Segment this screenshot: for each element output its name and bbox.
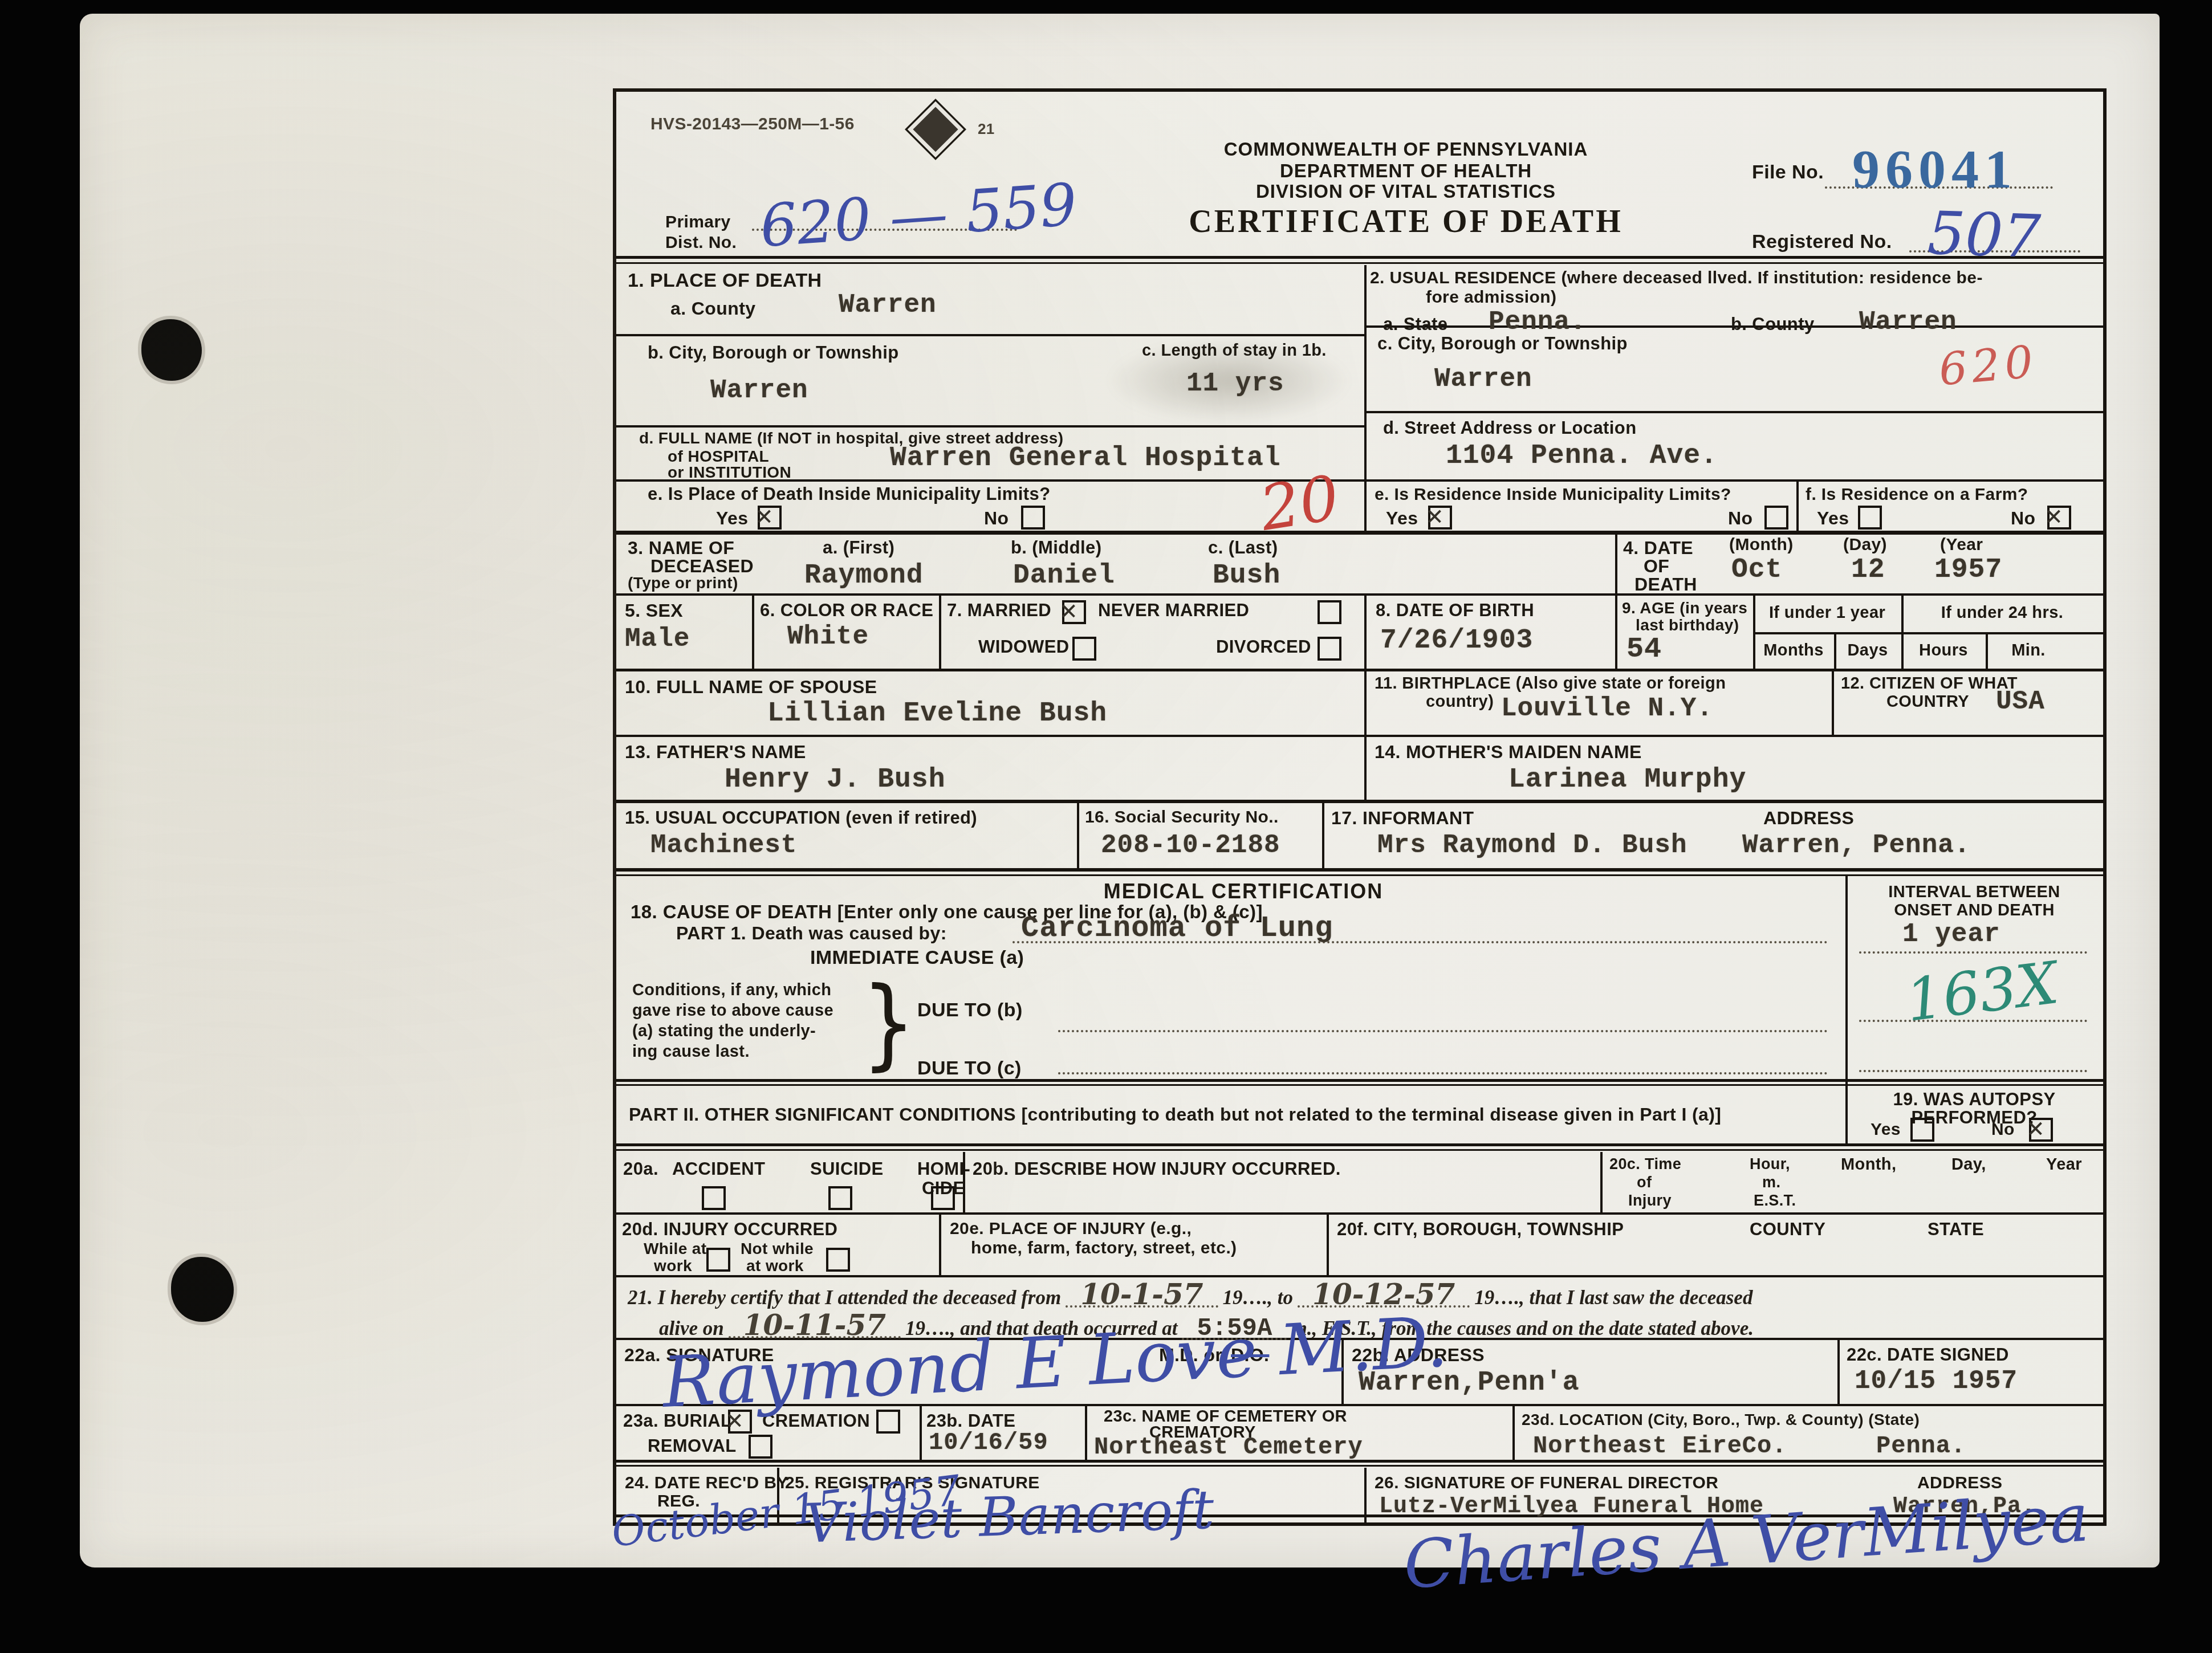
section7-married-label: 7. MARRIED (947, 600, 1051, 621)
section1e-no-label: No (984, 508, 1009, 529)
section18-part1-label: PART 1. Death was caused by: (676, 923, 947, 944)
grid-line (1077, 803, 1079, 868)
grid-line (1832, 671, 1834, 735)
grid-line (616, 531, 2103, 535)
section2e-yes-label: Yes (1386, 508, 1418, 529)
grid-line (1364, 411, 2103, 413)
section23c-value: Northeast Cemetery (1094, 1434, 1363, 1461)
section1e-no-checkbox (1021, 506, 1045, 530)
section1e-label: e. Is Place of Death Inside Municipality… (648, 484, 1051, 504)
section2b-value: Warren (1859, 307, 1957, 337)
section16-label: 16. Social Security No.. (1085, 808, 1279, 827)
grid-line (752, 596, 754, 669)
grid-line (616, 868, 2103, 872)
interval-blank-line-3 (1859, 1070, 2087, 1072)
grid-line (1796, 479, 1799, 531)
registered-no-label: Registered No. (1752, 231, 1892, 253)
section2f-yes-checkbox (1858, 506, 1882, 530)
section11-label-line2: country) (1426, 693, 1494, 711)
section7-never-married-checkbox (1318, 600, 1341, 624)
section10-value: Lillian Eveline Bush (767, 698, 1107, 729)
section2a-value: Penna. (1489, 307, 1587, 337)
section2e-no-label: No (1728, 508, 1752, 529)
grid-line (1837, 1340, 1840, 1404)
section23d-value-2: Penna. (1876, 1432, 1966, 1460)
attended-from-value: 10-1-57 (1080, 1277, 1203, 1311)
grid-line (1753, 632, 2103, 634)
section20d-notwhile-line2: at work (746, 1257, 804, 1275)
certify-statement-line1: 21. I hereby certify that I attended the… (628, 1284, 1752, 1309)
section20c-label-line1: 20c. Time (1609, 1155, 1681, 1173)
red-annotation-20: 20 (1255, 462, 1344, 545)
red-annotation-620: 620 (1937, 336, 2039, 396)
section13-label: 13. FATHER'S NAME (625, 742, 806, 763)
grid-line (616, 1465, 2103, 1467)
section22c-label: 22c. DATE SIGNED (1847, 1345, 2009, 1365)
grid-line (920, 1406, 922, 1460)
due-to-b-blank-line (1058, 1030, 1828, 1032)
grid-line (616, 1084, 2103, 1086)
grid-line (1512, 1406, 1515, 1460)
interval-label-line2: ONSET AND DEATH (1845, 901, 2103, 920)
form-code: HVS-20143—250M—1-56 (650, 115, 855, 134)
grid-line (616, 1212, 2103, 1215)
section20d-while-line2: work (654, 1257, 692, 1275)
section9-label-line1: 9. AGE (in years (1622, 599, 1747, 617)
primary-dist-label-line2: Dist. No. (665, 233, 737, 253)
section2d-label: d. Street Address or Location (1383, 418, 1637, 438)
grid-line (1327, 1215, 1329, 1275)
section23a-removal-checkbox (749, 1435, 772, 1459)
section2e-no-checkbox (1764, 506, 1788, 530)
section20a-number: 20a. (623, 1159, 658, 1179)
certify-text: 19…., to (1223, 1286, 1293, 1309)
section9-value: 54 (1627, 633, 1662, 666)
section12-label-line1: 12. CITIZEN OF WHAT (1841, 674, 2018, 693)
org-line-1: COMMONWEALTH OF PENNSYLVANIA (1186, 139, 1625, 160)
section4-day-label: (Day) (1843, 535, 1887, 555)
interval-value: 1 year (1902, 919, 2000, 949)
grid-line (616, 1143, 2103, 1146)
section20d-notwhile-line1: Not while (741, 1240, 814, 1258)
section20c-month-label: Month, (1841, 1155, 1896, 1174)
section20a-suicide-checkbox (828, 1186, 852, 1210)
section20d-label: 20d. INJURY OCCURRED (622, 1219, 837, 1240)
section20c-label-line2: of (1637, 1174, 1652, 1191)
section2a-label: a. State (1383, 314, 1447, 335)
section7-never-married-label: NEVER MARRIED (1098, 600, 1249, 621)
grid-line (616, 425, 1364, 427)
conditions-brace: } (861, 967, 916, 1081)
interval-label-line1: INTERVAL BETWEEN (1845, 883, 2103, 902)
section19-yes-checkbox (1910, 1118, 1934, 1142)
section7-widowed-label: WIDOWED (978, 637, 1070, 657)
section23a-cremation-checkbox (876, 1410, 900, 1434)
grid-line (1322, 803, 1324, 868)
section5-label: 5. SEX (625, 600, 683, 621)
section17-value: Mrs Raymond D. Bush (1377, 830, 1688, 860)
section16-value: 208-10-2188 (1101, 830, 1280, 860)
grid-line (616, 874, 2103, 876)
file-no-label: File No. (1752, 161, 1824, 184)
section9-label-line2: last birthday) (1636, 616, 1739, 634)
section23d-value-1: Northeast EireCo. (1533, 1432, 1787, 1460)
section9-months-label: Months (1753, 641, 1834, 660)
section19-no-label: No (1991, 1120, 2015, 1139)
grid-line (616, 800, 2103, 803)
section19-label-line1: 19. WAS AUTOPSY (1845, 1089, 2103, 1110)
section9-under24hrs-label: If under 24 hrs. (1901, 604, 2103, 622)
grid-line (1085, 1406, 1087, 1460)
punch-hole-bottom (171, 1257, 234, 1322)
section18-due-to-c-label: DUE TO (c) (917, 1057, 1022, 1080)
section20c-est-label: E.S.T. (1754, 1192, 1796, 1210)
part2-text: PART II. OTHER SIGNIFICANT CONDITIONS [c… (629, 1104, 1721, 1125)
section18-immediate-cause-value: Carcinoma of Lung (1021, 911, 1333, 945)
section20c-m-label: m. (1762, 1174, 1780, 1191)
due-to-c-blank-line (1058, 1072, 1828, 1074)
section15-value: Machinest (650, 830, 797, 860)
section9-min-label: Min. (1986, 641, 2071, 660)
section12-label-line2: COUNTRY (1886, 693, 1969, 711)
section9-hours-label: Hours (1901, 641, 1986, 660)
section1e-yes-checkbox (758, 506, 782, 530)
org-line-2: DEPARTMENT OF HEALTH (1186, 160, 1625, 182)
section20d-notwhile-checkbox (826, 1248, 850, 1272)
grid-line (616, 256, 2103, 259)
death-certificate-form: HVS-20143—250M—1-56 21 Primary Dist. No.… (613, 88, 2107, 1526)
grid-line (1364, 596, 1367, 669)
section23b-value: 10/16/59 (929, 1429, 1048, 1456)
section3c-value: Bush (1213, 560, 1280, 591)
section2f-yes-label: Yes (1817, 508, 1849, 529)
section2f-no-label: No (2011, 508, 2035, 529)
grid-line (1615, 596, 1617, 669)
section4-day-value: 12 (1851, 555, 1885, 585)
section1a-value: Warren (839, 290, 937, 320)
section14-value: Larinea Murphy (1508, 764, 1746, 795)
section10-label: 10. FULL NAME OF SPOUSE (625, 677, 877, 698)
section20c-label-line3: Injury (1628, 1192, 1672, 1210)
section4-heading-line3: DEATH (1634, 574, 1697, 595)
section2f-label: f. Is Residence on a Farm? (1806, 485, 2028, 504)
section1d-label-line3: or INSTITUTION (668, 463, 791, 482)
section20b-label: 20b. DESCRIBE HOW INJURY OCCURRED. (973, 1159, 1341, 1179)
section20c-year-label: Year (2046, 1155, 2082, 1174)
section2f-no-checkbox (2047, 506, 2071, 530)
attended-from-blank: 10-1-57 (1066, 1284, 1218, 1308)
section22c-value: 10/15 1957 (1855, 1366, 2018, 1396)
grid-line (1600, 1152, 1603, 1212)
section2-heading-line2: fore admission) (1426, 288, 1556, 307)
section20a-suicide-label: SUICIDE (810, 1159, 884, 1179)
certify-text: 21. I hereby certify that I attended the… (628, 1286, 1061, 1309)
section26-label: 26. SIGNATURE OF FUNERAL DIRECTOR (1375, 1473, 1718, 1493)
section2d-value: 1104 Penna. Ave. (1446, 441, 1718, 471)
registered-no-handwritten-value: 507 (1926, 198, 2042, 272)
grid-line (939, 596, 941, 669)
section4-year-label: (Year (1940, 535, 1983, 555)
section2c-value: Warren (1434, 364, 1532, 394)
section8-label: 8. DATE OF BIRTH (1376, 600, 1534, 621)
section8-value: 7/26/1903 (1380, 625, 1533, 656)
section17-address-value: Warren, Penna. (1742, 830, 1970, 860)
section14-label: 14. MOTHER'S MAIDEN NAME (1375, 742, 1642, 763)
file-no-stamped-value: 96041 (1852, 137, 2018, 201)
section13-value: Henry J. Bush (725, 764, 945, 795)
union-printing-trades-seal-icon (905, 99, 966, 160)
section20d-while-checkbox (706, 1248, 730, 1272)
grid-line (616, 735, 2103, 737)
section18-conditions-line2: gave rise to above cause (632, 1001, 833, 1020)
green-annotation-163x: 163X (1902, 949, 2062, 1035)
section12-value: USA (1996, 687, 2045, 716)
section18-immediate-cause-label: IMMEDIATE CAUSE (a) (810, 947, 1024, 969)
section4-month-value: Oct (1731, 555, 1782, 585)
grid-line (939, 1215, 941, 1275)
section1d-value: Warren General Hospital (890, 443, 1281, 474)
section20e-label-line1: 20e. PLACE OF INJURY (e.g., (950, 1219, 1192, 1239)
section15-label: 15. USUAL OCCUPATION (even if retired) (625, 808, 977, 828)
section3-heading-line3: (Type or print) (628, 574, 738, 592)
section1-heading: 1. PLACE OF DEATH (628, 270, 822, 292)
section1a-label: a. County (670, 298, 755, 319)
section4-month-label: (Month) (1729, 535, 1794, 555)
section11-value: Louville N.Y. (1501, 694, 1713, 723)
grid-line (1364, 265, 1367, 531)
section17-label: 17. INFORMANT (1331, 808, 1474, 829)
section7-widowed-checkbox (1072, 637, 1096, 661)
section20d-while-line1: While at (644, 1240, 707, 1258)
section20a-homicide-checkbox (931, 1186, 955, 1210)
section20a-accident-checkbox (702, 1186, 726, 1210)
section20f-state-label: STATE (1928, 1219, 1984, 1240)
grid-line (1364, 671, 1367, 735)
section4-year-value: 1957 (1934, 555, 2002, 585)
section20c-day-label: Day, (1951, 1155, 1986, 1174)
grid-line (616, 479, 2103, 482)
section3a-value: Raymond (804, 560, 924, 591)
section20f-label: 20f. CITY, BOROUGH, TOWNSHIP (1337, 1219, 1624, 1240)
scan-background: HVS-20143—250M—1-56 21 Primary Dist. No.… (0, 0, 2212, 1653)
section1e-yes-label: Yes (716, 508, 748, 529)
section23a-removal-label: REMOVAL (648, 1436, 737, 1456)
seal-number: 21 (978, 120, 995, 138)
certify-text: 19…., that I last saw the deceased (1474, 1286, 1752, 1309)
section6-label: 6. COLOR OR RACE (760, 600, 933, 621)
section5-value: Male (625, 624, 690, 654)
grid-line (616, 669, 2103, 671)
section11-label-line1: 11. BIRTHPLACE (Also give state or forei… (1375, 674, 1726, 693)
section19-no-checkbox (2029, 1118, 2053, 1142)
section7-divorced-label: DIVORCED (1216, 637, 1311, 657)
org-line-3: DIVISION OF VITAL STATISTICS (1186, 181, 1625, 202)
section1c-label: c. Length of stay in 1b. (1142, 341, 1327, 360)
section18-conditions-line4: ing cause last. (632, 1043, 750, 1061)
primary-dist-label-line1: Primary (665, 213, 731, 232)
section18-due-to-b-label: DUE TO (b) (917, 999, 1023, 1021)
section1b-label: b. City, Borough or Township (648, 343, 899, 363)
section20a-accident-label: ACCIDENT (672, 1159, 765, 1179)
certificate-title: CERTIFICATE OF DEATH (1186, 203, 1625, 240)
section20e-label-line2: home, farm, factory, street, etc.) (971, 1239, 1237, 1258)
medical-certification-heading: MEDICAL CERTIFICATION (844, 880, 1642, 903)
section3b-label: b. (Middle) (1011, 538, 1101, 558)
grid-line (616, 593, 2103, 596)
section2b-label: b. County (1731, 314, 1815, 335)
section2e-yes-checkbox (1428, 506, 1452, 530)
section20f-county-label: COUNTY (1750, 1219, 1825, 1240)
section9-under1year-label: If under 1 year (1753, 604, 1901, 622)
grid-line (616, 1079, 2103, 1082)
grid-line (1364, 737, 1367, 800)
section1b-value: Warren (710, 376, 808, 405)
section9-days-label: Days (1834, 641, 1901, 660)
section7-divorced-checkbox (1318, 637, 1341, 661)
certificate-paper: HVS-20143—250M—1-56 21 Primary Dist. No.… (80, 14, 2160, 1567)
section17-address-label: ADDRESS (1763, 808, 1854, 829)
section2-heading-line1: 2. USUAL RESIDENCE (where deceased llved… (1370, 268, 1983, 288)
certify-text: alive on (659, 1317, 724, 1339)
section23b-label: 23b. DATE (926, 1411, 1015, 1431)
section18-conditions-line1: Conditions, if any, which (632, 981, 831, 1000)
section6-value: White (787, 622, 869, 652)
section3b-value: Daniel (1013, 560, 1115, 591)
section7-married-checkbox (1062, 600, 1086, 624)
section23d-label: 23d. LOCATION (City, Boro., Twp. & Count… (1522, 1411, 1920, 1429)
section18-conditions-line3: (a) stating the underly- (632, 1022, 816, 1041)
grid-line (616, 1149, 2103, 1151)
punch-hole-top (141, 319, 202, 381)
section20c-hour-label: Hour, (1750, 1155, 1790, 1173)
section19-yes-label: Yes (1871, 1120, 1901, 1139)
section20a-homi-label: HOMI- (917, 1159, 970, 1179)
primary-dist-handwritten-value: 620 — 559 (758, 171, 1079, 261)
grid-line (616, 334, 1364, 336)
section1c-value: 11 yrs (1186, 369, 1284, 398)
grid-line (616, 262, 2103, 264)
section3a-label: a. (First) (823, 538, 894, 558)
